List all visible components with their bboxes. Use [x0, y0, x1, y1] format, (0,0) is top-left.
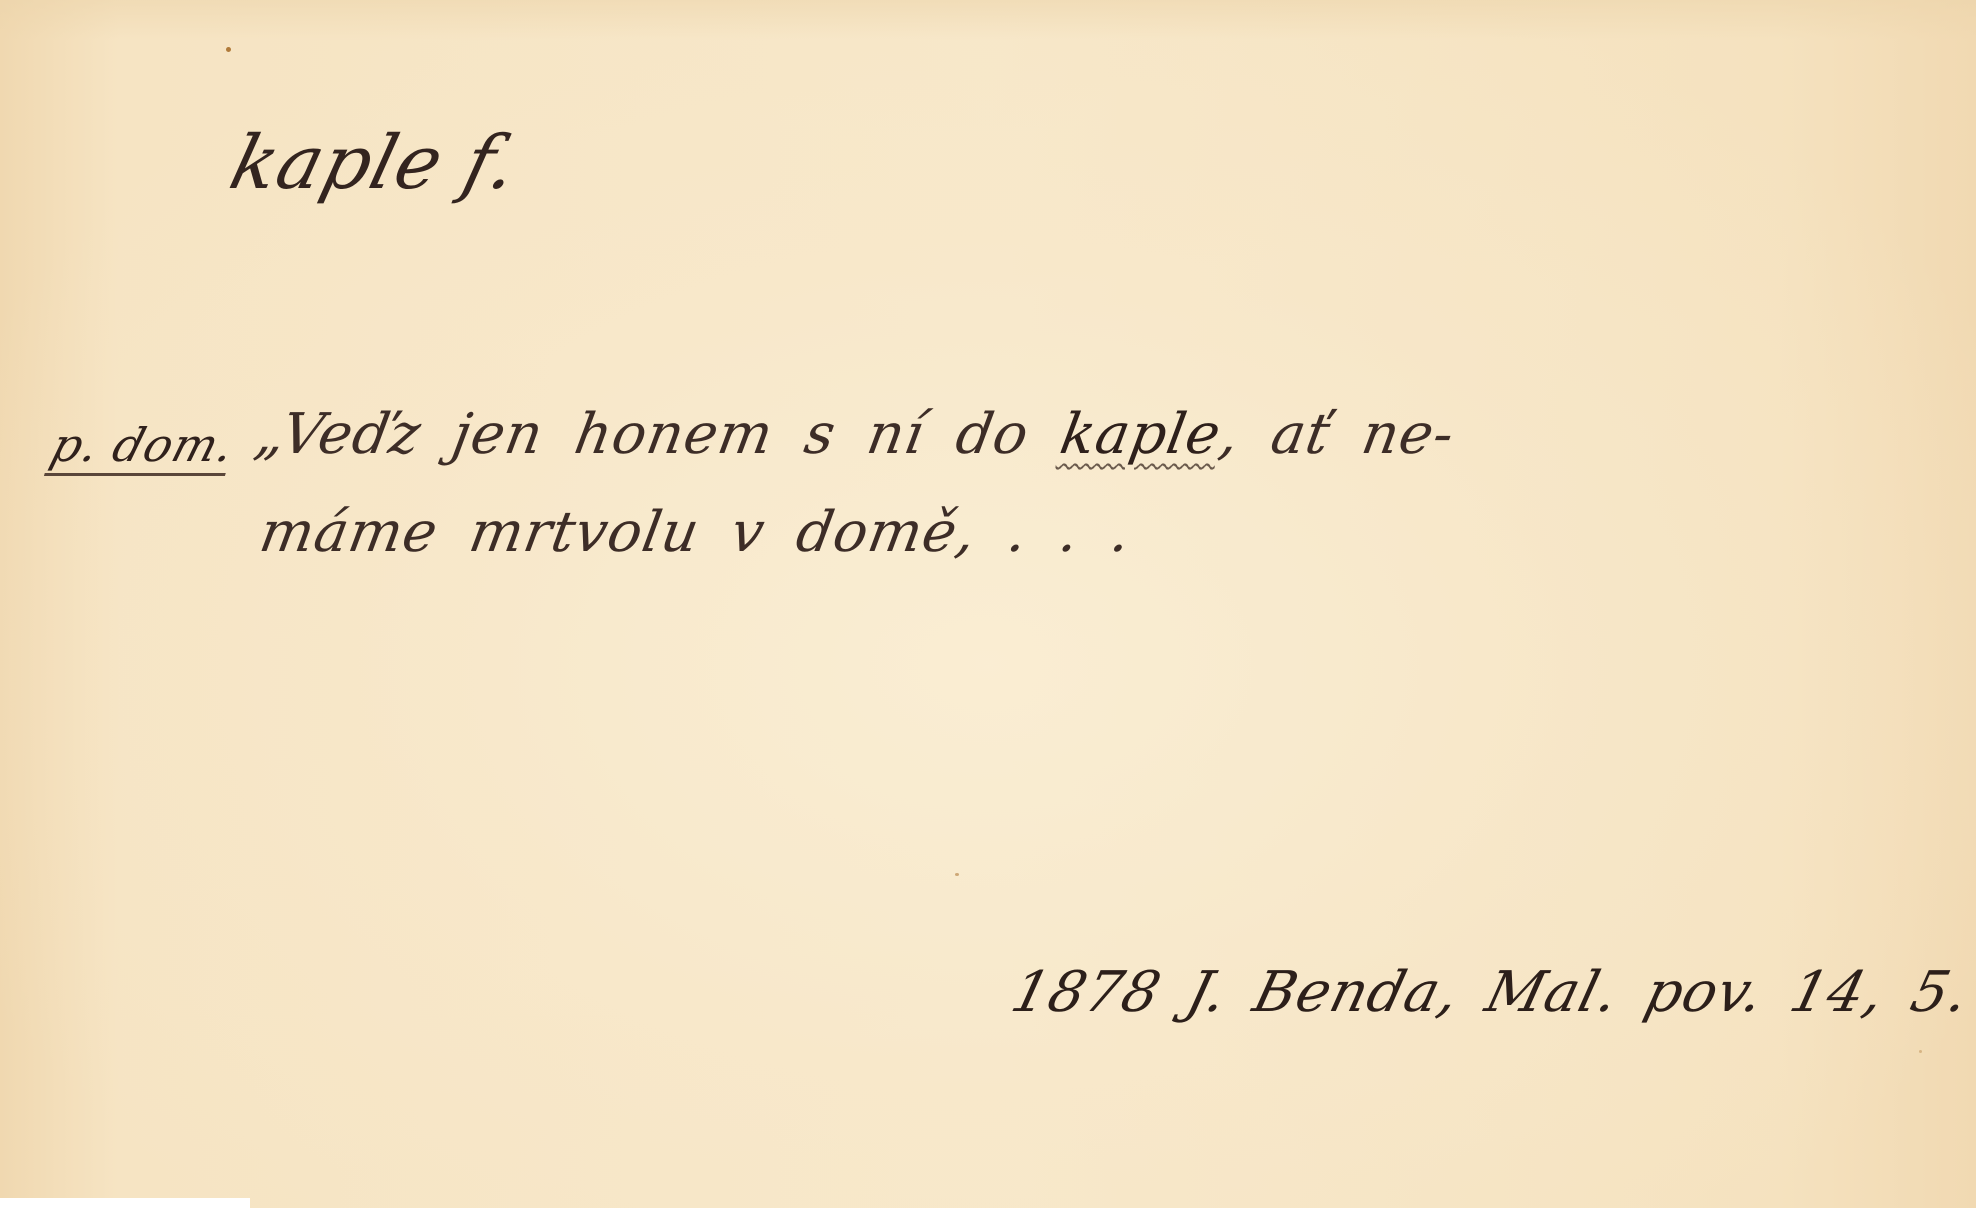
paper-speck — [226, 47, 231, 52]
quote-text-after: , ať ne- — [1215, 402, 1460, 467]
quote-highlighted-word: kaple — [1055, 402, 1226, 467]
scan-edge-strip — [0, 1198, 250, 1208]
paper-speck — [1919, 1050, 1922, 1053]
quote-text-before: „Veďz jen honem s ní do — [250, 402, 1067, 467]
source-citation: 1878 J. Benda, Mal. pov. 14, 5. — [1005, 960, 1976, 1025]
quote-line-2: máme mrtvolu v domě, . . . — [255, 500, 1136, 565]
headword: kaple f. — [222, 120, 527, 206]
source-label: p. dom. — [44, 420, 241, 476]
paper-speck — [955, 873, 959, 876]
dictionary-slip: kaple f. p. dom. „Veďz jen honem s ní do… — [0, 0, 1976, 1208]
quote-text-continuation: máme mrtvolu v domě, . . . — [255, 500, 1136, 565]
quote-line-1: „Veďz jen honem s ní do kaple, ať ne- — [250, 402, 1460, 467]
headword-text: kaple f. — [222, 120, 527, 206]
source-label-text: p. dom. — [45, 418, 242, 472]
citation-text: 1878 J. Benda, Mal. pov. 14, 5. — [1005, 960, 1976, 1025]
